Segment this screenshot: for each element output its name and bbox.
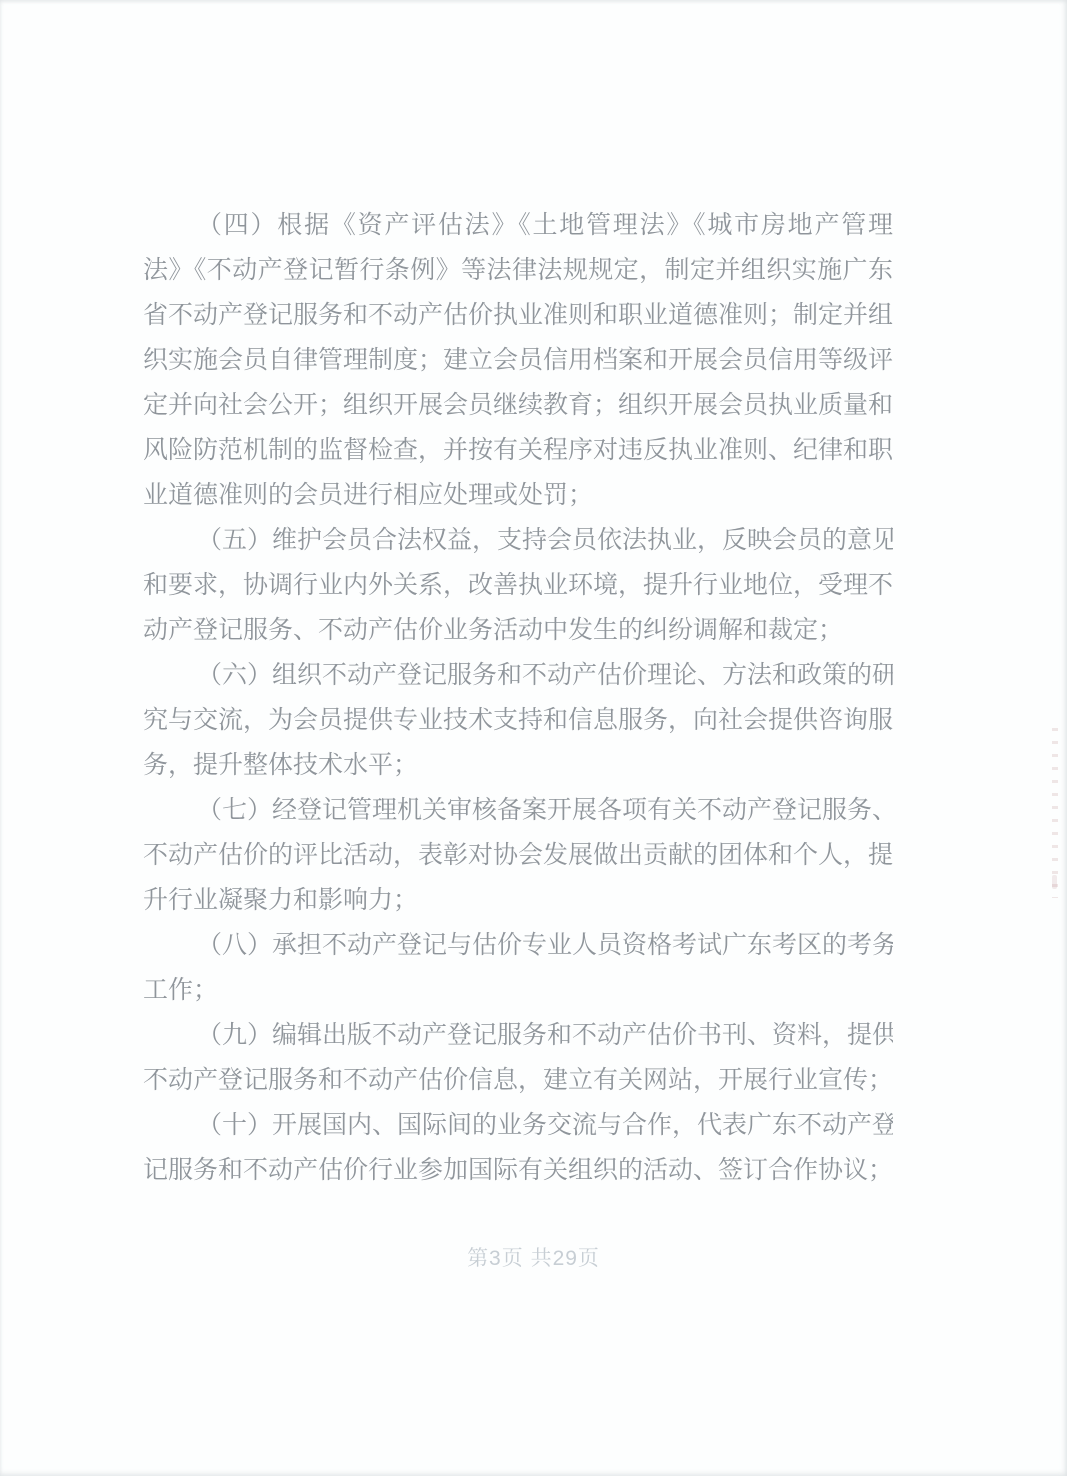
text-line: （八）承担不动产登记与估价专业人员资格考试广东考区的考务 (143, 923, 893, 968)
text-line: （四）根据《资产评估法》《土地管理法》《城市房地产管理 (143, 203, 893, 248)
page-number: 第3页 共29页 (0, 1242, 1067, 1272)
text-line: 织实施会员自律管理制度；建立会员信用档案和开展会员信用等级评 (143, 338, 893, 383)
text-line: （七）经登记管理机关审核备案开展各项有关不动产登记服务、 (143, 788, 893, 833)
text-line: 升行业凝聚力和影响力； (143, 878, 893, 923)
text-line: （六）组织不动产登记服务和不动产估价理论、方法和政策的研 (143, 653, 893, 698)
text-line: 工作； (143, 968, 893, 1013)
paragraph-item-10: （十）开展国内、国际间的业务交流与合作，代表广东不动产登 记服务和不动产估价行业… (143, 1103, 893, 1193)
text-line: （十）开展国内、国际间的业务交流与合作，代表广东不动产登 (143, 1103, 893, 1148)
document-body: （四）根据《资产评估法》《土地管理法》《城市房地产管理 法》《不动产登记暂行条例… (143, 203, 893, 1193)
scanned-document-page: （四）根据《资产评估法》《土地管理法》《城市房地产管理 法》《不动产登记暂行条例… (0, 0, 1067, 1476)
text-line: 务，提升整体技术水平； (143, 743, 893, 788)
text-line: 不动产估价的评比活动，表彰对协会发展做出贡献的团体和个人，提 (143, 833, 893, 878)
paragraph-item-6: （六）组织不动产登记服务和不动产估价理论、方法和政策的研 究与交流，为会员提供专… (143, 653, 893, 788)
paragraph-item-7: （七）经登记管理机关审核备案开展各项有关不动产登记服务、 不动产估价的评比活动，… (143, 788, 893, 923)
text-line: 记服务和不动产估价行业参加国际有关组织的活动、签订合作协议； (143, 1148, 893, 1193)
text-line: 定并向社会公开；组织开展会员继续教育；组织开展会员执业质量和 (143, 383, 893, 428)
text-line: 法》《不动产登记暂行条例》等法律法规规定，制定并组织实施广东 (143, 248, 893, 293)
paragraph-item-4: （四）根据《资产评估法》《土地管理法》《城市房地产管理 法》《不动产登记暂行条例… (143, 203, 893, 518)
text-line: 省不动产登记服务和不动产估价执业准则和职业道德准则；制定并组 (143, 293, 893, 338)
paragraph-item-5: （五）维护会员合法权益，支持会员依法执业，反映会员的意见 和要求，协调行业内外关… (143, 518, 893, 653)
text-line: （五）维护会员合法权益，支持会员依法执业，反映会员的意见 (143, 518, 893, 563)
ink-bleed-through-dot (1052, 875, 1057, 889)
paragraph-item-9: （九）编辑出版不动产登记服务和不动产估价书刊、资料，提供 不动产登记服务和不动产… (143, 1013, 893, 1103)
text-line: 业道德准则的会员进行相应处理或处罚； (143, 473, 893, 518)
ink-bleed-through-marks (1052, 728, 1058, 898)
text-line: 不动产登记服务和不动产估价信息，建立有关网站，开展行业宣传； (143, 1058, 893, 1103)
text-line: 究与交流，为会员提供专业技术支持和信息服务，向社会提供咨询服 (143, 698, 893, 743)
text-line: 动产登记服务、不动产估价业务活动中发生的纠纷调解和裁定； (143, 608, 893, 653)
text-line: 和要求，协调行业内外关系，改善执业环境，提升行业地位，受理不 (143, 563, 893, 608)
text-line: （九）编辑出版不动产登记服务和不动产估价书刊、资料，提供 (143, 1013, 893, 1058)
text-line: 风险防范机制的监督检查，并按有关程序对违反执业准则、纪律和职 (143, 428, 893, 473)
paragraph-item-8: （八）承担不动产登记与估价专业人员资格考试广东考区的考务 工作； (143, 923, 893, 1013)
